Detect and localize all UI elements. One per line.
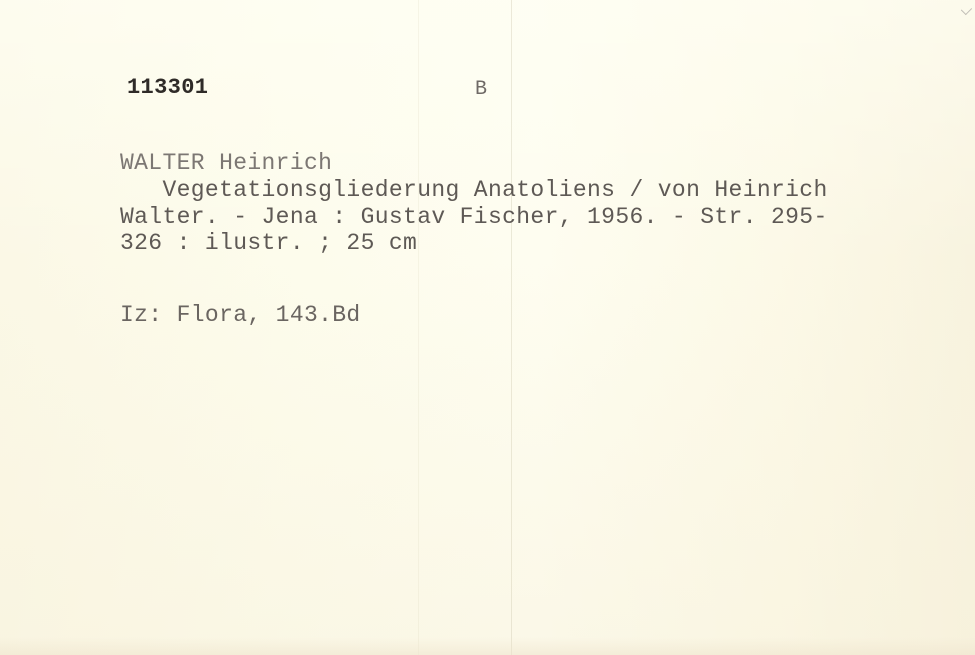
card-crease [511,0,512,655]
source-note: Iz: Flora, 143.Bd [120,302,361,328]
description-line: Vegetationsgliederung Anatoliens / von H… [120,177,828,203]
description-line: Walter. - Jena : Gustav Fischer, 1956. -… [120,204,828,230]
catalog-card: 113301 B WALTER Heinrich Vegetationsglie… [0,0,975,655]
description-line: 326 : ilustr. ; 25 cm [120,230,417,256]
scan-line [418,0,419,655]
location-code: B [475,77,487,103]
call-number: 113301 [127,75,208,101]
check-mark-icon [961,4,972,15]
author-heading: WALTER Heinrich [120,150,332,176]
paper-edge-shadow [0,637,975,655]
